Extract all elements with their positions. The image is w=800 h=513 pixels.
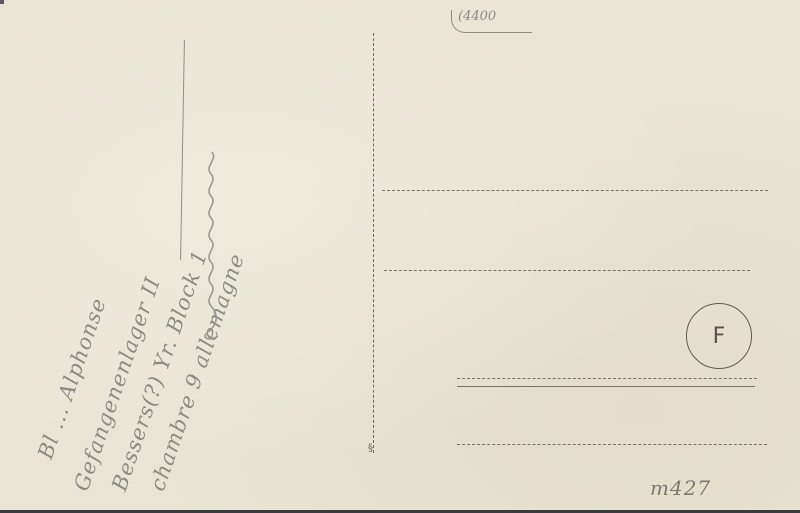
- censor-stamp-letter: F: [713, 324, 726, 349]
- center-divider: [373, 33, 374, 453]
- address-line-3a: [457, 378, 757, 379]
- address-line-3b: [457, 386, 755, 387]
- address-line-4: [457, 444, 767, 445]
- section-mark: §: [368, 443, 373, 454]
- postcard-back: (4400 Bl ... Alphonse Gefangenenlager II…: [0, 0, 800, 513]
- handwritten-underline: [180, 40, 185, 260]
- address-line-2: [384, 270, 750, 271]
- address-line-1: [382, 190, 768, 191]
- censor-stamp: F: [686, 303, 752, 369]
- archive-number: m427: [650, 476, 711, 500]
- squiggle-mark: [198, 150, 228, 350]
- reference-number: (4400: [458, 9, 496, 24]
- scan-corner: [0, 0, 4, 4]
